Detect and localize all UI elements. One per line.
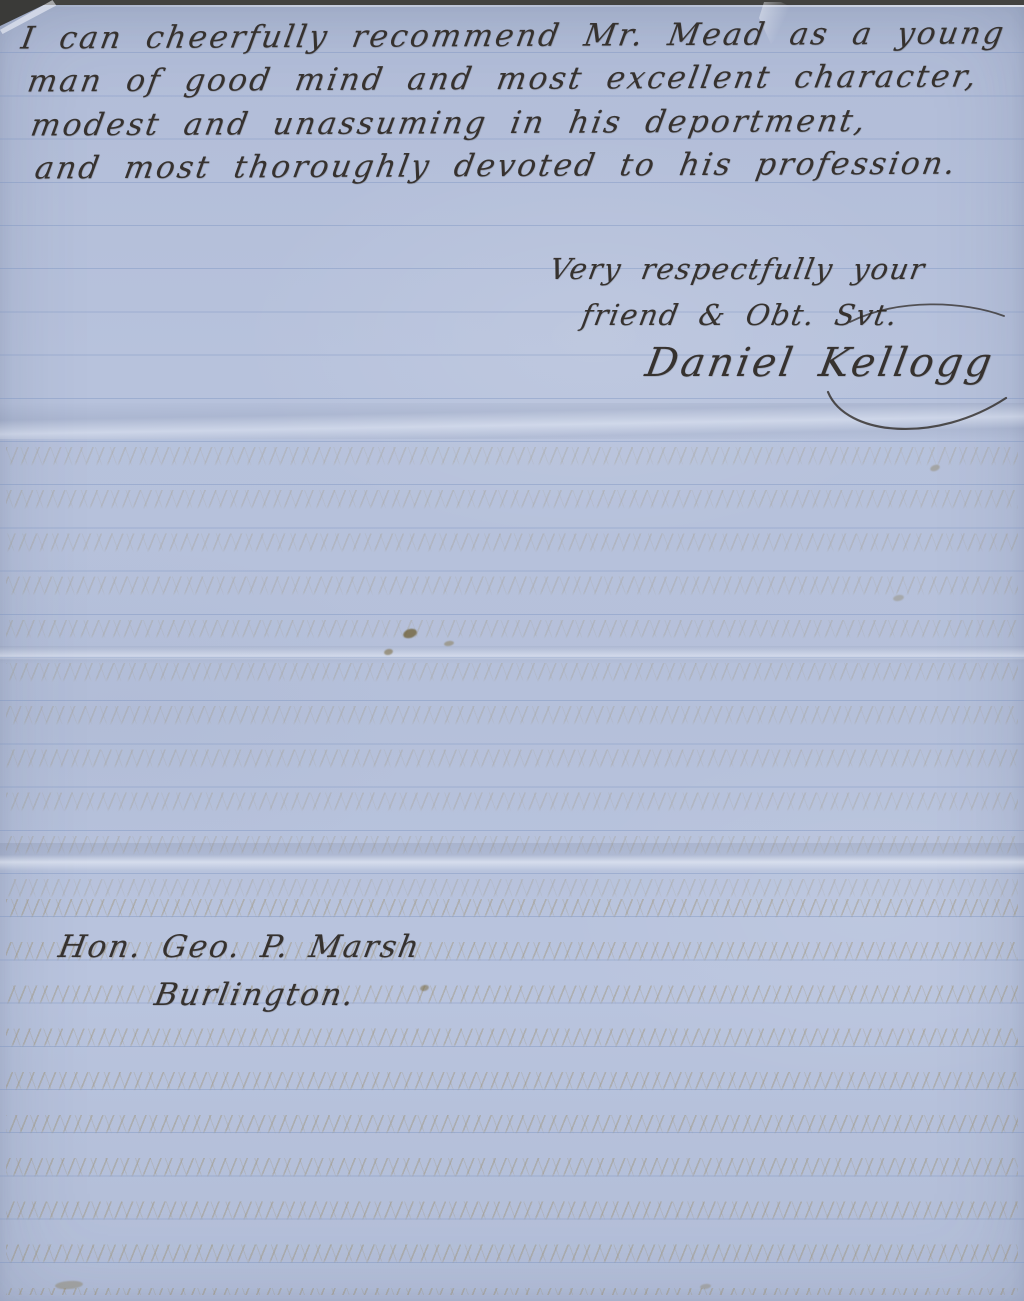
letter-body-line: I can cheerfully recommend Mr. Mead as a…: [18, 12, 1005, 61]
address-line: Hon. Geo. P. Marsh: [55, 925, 424, 969]
letter-body-line: and most thoroughly devoted to his profe…: [31, 143, 1005, 192]
closing-line: Very respectfully your: [546, 246, 1024, 292]
address-line: Burlington.: [151, 973, 424, 1017]
letter-page: I can cheerfully recommend Mr. Mead as a…: [0, 0, 1024, 1301]
bleed-through-writing-mid: [6, 447, 1018, 899]
letter-closing: Very respectfully your friend & Obt. Svt…: [536, 246, 1022, 386]
letter-body-line: man of good mind and most excellent char…: [24, 56, 1005, 105]
signature: Daniel Kellogg: [642, 340, 1024, 386]
letter-body-line: modest and unassuming in his deportment,: [27, 99, 1005, 148]
letter-body: I can cheerfully recommend Mr. Mead as a…: [18, 12, 999, 191]
fold-crease-upper: [0, 403, 1024, 439]
closing-line: friend & Obt. Svt.: [578, 292, 1024, 338]
recipient-address: Hon. Geo. P. Marsh Burlington.: [55, 925, 417, 1017]
paper-edge-highlight: [0, 5, 1024, 7]
